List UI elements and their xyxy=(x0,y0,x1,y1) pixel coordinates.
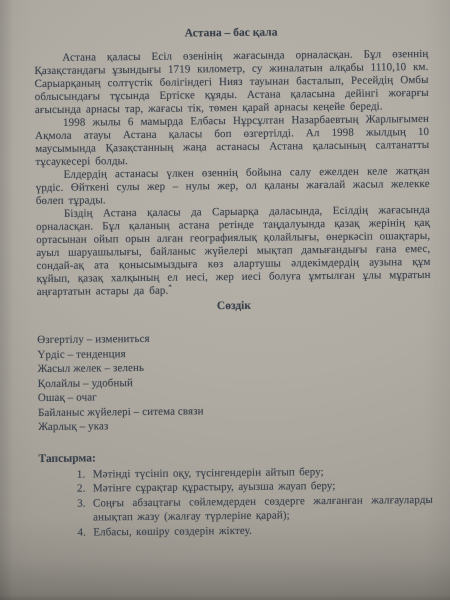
paragraph-2: 1998 жылы 6 мамырда Елбасы Нұрсұлтан Наз… xyxy=(35,113,430,169)
task-item: Елбасы, көшіру сөздерін жіктеу. xyxy=(90,521,433,539)
tasks-heading: Тапсырма: xyxy=(38,447,432,465)
dictionary-heading: Сөздік xyxy=(37,297,431,315)
task-item: Соңғы абзацтағы сөйлемдерден сөздерге жа… xyxy=(90,492,433,525)
paragraph-1: Астана қаласы Есіл өзенінің жағасында ор… xyxy=(34,48,429,117)
tasks-list: Мәтінді түсініп оқу, түсінгендерін айтып… xyxy=(39,463,434,540)
footnote-mark: * xyxy=(168,283,172,291)
dictionary-list: Өзгертілу – измениться Үрдіс – тенденция… xyxy=(37,329,432,435)
document-content: Астана – бас қала Астана қаласы Есіл өзе… xyxy=(34,24,433,540)
paragraph-3: Елдердің астанасы үлкен өзеннің бойына с… xyxy=(35,165,429,208)
paragraph-4: Біздің Астана қаласы да Сарыарқа даласын… xyxy=(36,204,431,299)
document-title: Астана – бас қала xyxy=(34,24,428,42)
photographed-paper-page: Астана – бас қала Астана қаласы Есіл өзе… xyxy=(0,0,450,600)
dictionary-entry: Жарлық – указ xyxy=(38,416,432,435)
paragraph-4-text: Біздің Астана қаласы да Сарыарқа даласын… xyxy=(36,204,431,298)
